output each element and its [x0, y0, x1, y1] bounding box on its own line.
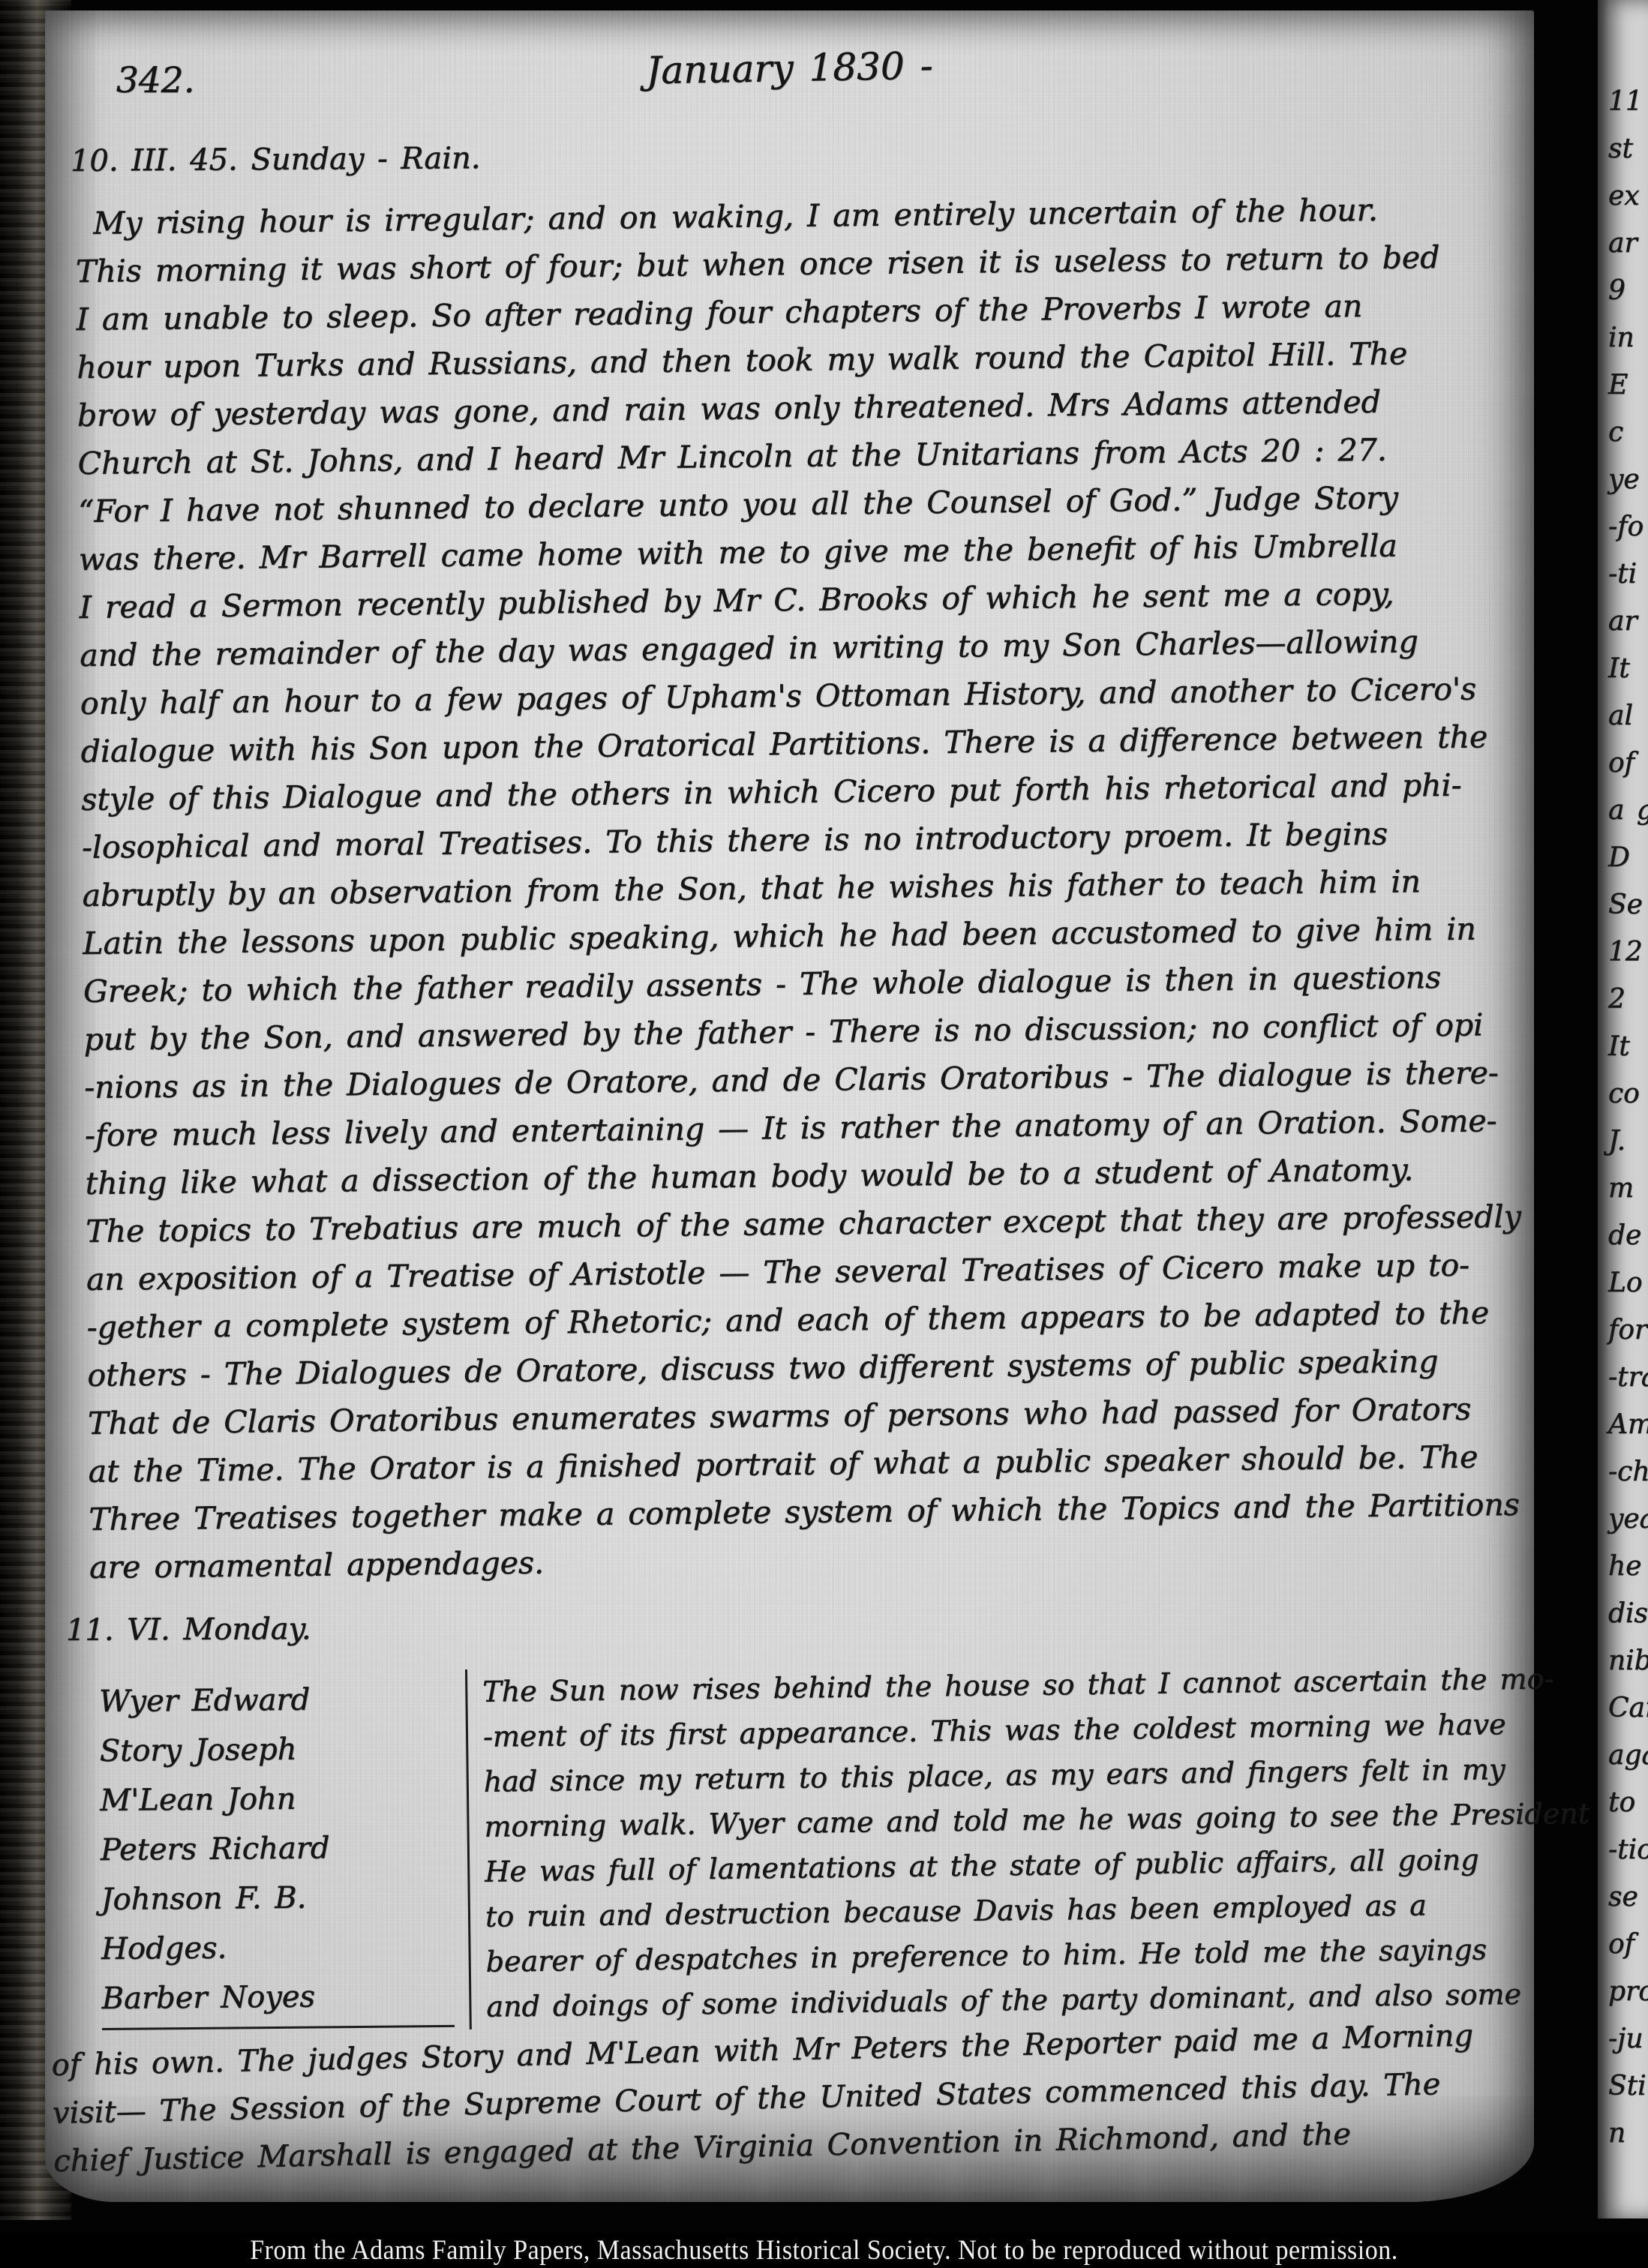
text-fragment: ex	[1608, 172, 1648, 220]
text-fragment: It	[1608, 645, 1648, 692]
text-fragment: 12	[1608, 928, 1648, 976]
archive-caption-text: From the Adams Family Papers, Massachuse…	[250, 2235, 1397, 2266]
text-fragment: he	[1608, 1543, 1648, 1590]
entry-body-full-width: of his own. The judges Story and M'Lean …	[51, 2011, 1528, 2185]
text-fragment: yea	[1608, 1495, 1648, 1543]
text-fragment: Lo	[1608, 1259, 1648, 1306]
entry-body-column: The Sun now rises behind the house so th…	[465, 1656, 1559, 2029]
text-fragment: 2	[1608, 976, 1648, 1023]
text-fragment: de	[1608, 1212, 1648, 1259]
text-fragment: It	[1608, 1023, 1648, 1070]
text-fragment: co	[1608, 1070, 1648, 1117]
text-fragment: Se	[1608, 881, 1648, 928]
text-fragment: se	[1608, 1873, 1648, 1921]
text-fragment: c	[1608, 409, 1648, 456]
margin-name: Wyer Edward	[99, 1674, 452, 1726]
text-fragment: aga	[1608, 1732, 1648, 1779]
text-fragment: m	[1608, 1165, 1648, 1212]
text-fragment: of	[1608, 739, 1648, 787]
text-fragment: 11	[1608, 78, 1648, 125]
text-fragment: ar	[1608, 598, 1648, 645]
text-fragment: J.	[1608, 1117, 1648, 1165]
text-fragment: D	[1608, 834, 1648, 881]
margin-name: Johnson F. B.	[101, 1872, 454, 1924]
text-fragment: -tra	[1608, 1354, 1648, 1401]
text-fragment: in	[1608, 314, 1648, 361]
text-fragment: ar	[1608, 220, 1648, 267]
text-fragment: -cho	[1608, 1448, 1648, 1495]
margin-name: Hodges.	[101, 1921, 455, 1974]
text-fragment: al	[1608, 692, 1648, 739]
text-fragment: of	[1608, 1921, 1648, 1968]
text-fragment: Cam	[1608, 1684, 1648, 1732]
text-fragment: E	[1608, 361, 1648, 409]
text-fragment: Am	[1608, 1401, 1648, 1448]
text-fragment: -ju	[1608, 2015, 1648, 2062]
text-fragment: to	[1608, 1779, 1648, 1826]
text-fragment: Sti	[1608, 2062, 1648, 2110]
manuscript-photo: 342. January 1830 - 10. III. 45. Sunday …	[0, 0, 1648, 2268]
entry-body: My rising hour is irregular; and on waki…	[75, 184, 1507, 1591]
month-header: January 1830 -	[45, 34, 1535, 103]
margin-name: Story Joseph	[100, 1723, 453, 1776]
margin-visitor-names: Wyer EdwardStory JosephM'Lean JohnPeters…	[99, 1674, 455, 2030]
text-fragment: 9	[1608, 267, 1648, 314]
manuscript-page: 342. January 1830 - 10. III. 45. Sunday …	[45, 10, 1534, 2202]
text-fragment: -ti	[1608, 550, 1648, 598]
text-fragment: for	[1608, 1306, 1648, 1354]
text-fragment: nib	[1608, 1637, 1648, 1684]
text-fragment: st	[1608, 125, 1648, 172]
text-fragment: dis	[1608, 1590, 1648, 1637]
margin-name: M'Lean John	[100, 1773, 453, 1825]
margin-name: Barber Noyes	[101, 1971, 455, 2023]
text-fragment: ye	[1608, 456, 1648, 503]
next-page-text-fragments: 11stexar9inEcye-fo-tiarItalofa gDSe122It…	[1598, 0, 1648, 2157]
text-fragment: n	[1608, 2110, 1648, 2157]
text-fragment: -tio	[1608, 1826, 1648, 1873]
text-fragment: -fo	[1608, 503, 1648, 550]
entry-date-heading: 10. III. 45. Sunday - Rain.	[71, 141, 481, 178]
text-fragment: a g	[1608, 787, 1648, 834]
margin-name: Peters Richard	[101, 1822, 454, 1875]
entry-date-heading: 11. VI. Monday.	[66, 1612, 311, 1648]
next-page-sliver: 11stexar9inEcye-fo-tiarItalofa gDSe122It…	[1598, 0, 1648, 2218]
text-fragment: pro	[1608, 1968, 1648, 2015]
archive-caption-bar: From the Adams Family Papers, Massachuse…	[0, 2233, 1648, 2268]
